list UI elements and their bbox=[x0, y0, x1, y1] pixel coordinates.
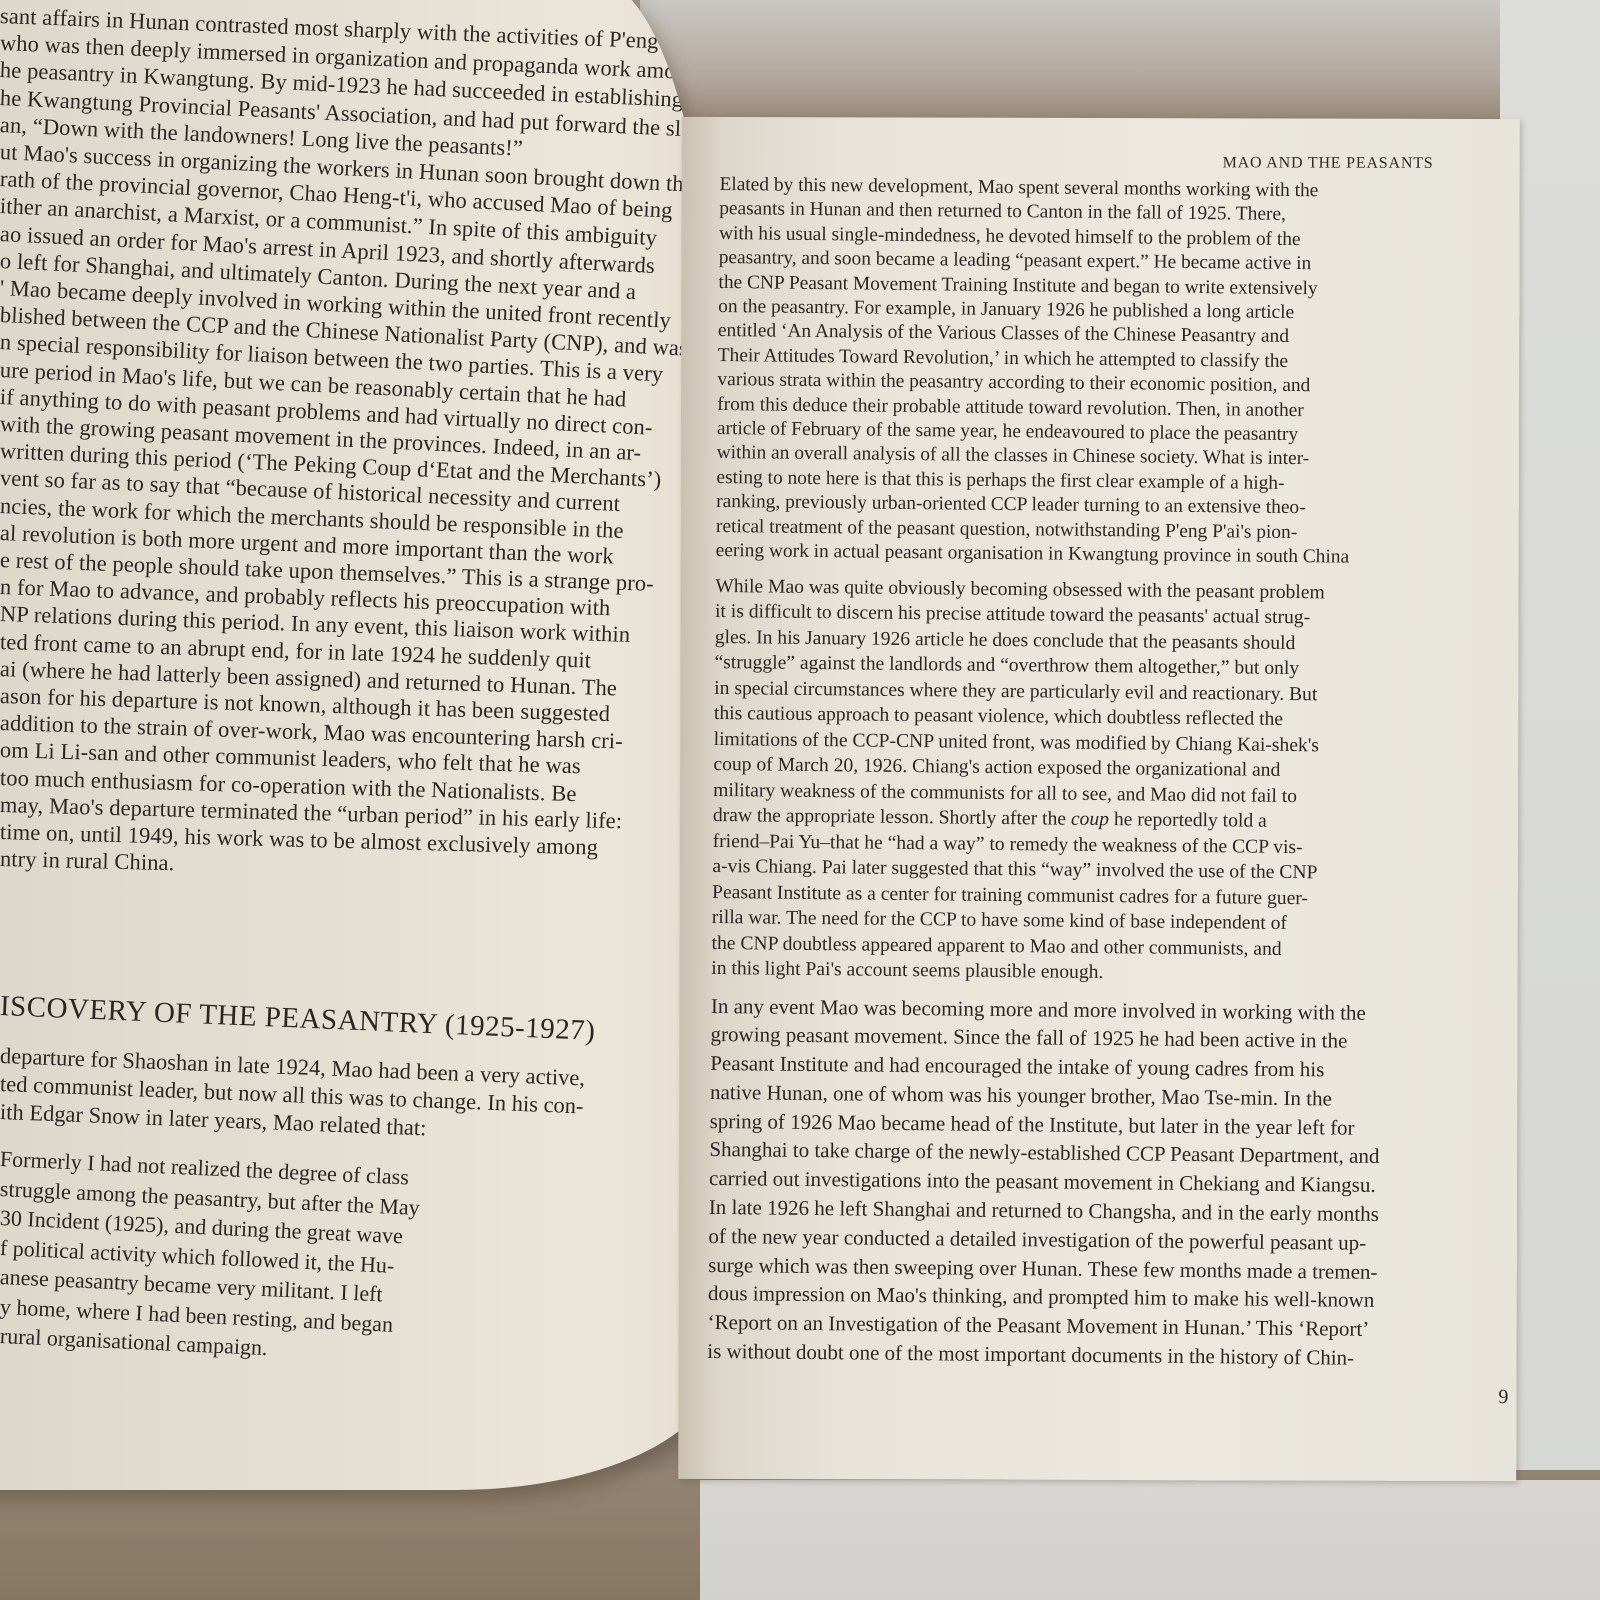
text-run: he reportedly told a bbox=[1109, 809, 1267, 832]
paragraph: In any event Mao was becoming more and m… bbox=[707, 991, 1491, 1374]
left-page-body: sant affairs in Hunan contrasted most sh… bbox=[0, 2, 715, 873]
paragraph: Elated by this new development, Mao spen… bbox=[716, 173, 1500, 572]
block-quote: Formerly I had not realized the degree o… bbox=[0, 1144, 520, 1351]
text-run: draw the appropriate lesson. Shortly aft… bbox=[713, 805, 1071, 830]
italic-word: coup bbox=[1071, 809, 1109, 830]
right-page: MAO AND THE PEASANTS Elated by this new … bbox=[678, 117, 1520, 1481]
page-number: 9 bbox=[1498, 1386, 1508, 1409]
section-heading: ISCOVERY OF THE PEASANTRY (1925-1927) bbox=[0, 990, 596, 1048]
running-head: MAO AND THE PEASANTS bbox=[1223, 154, 1434, 173]
paragraph: While Mao was quite obviously becoming o… bbox=[711, 573, 1495, 989]
left-page-body-continued: departure for Shaoshan in late 1924, Mao… bbox=[0, 1042, 715, 1126]
left-page: sant affairs in Hunan contrasted most sh… bbox=[0, 0, 715, 1490]
table-surface-bottom-right bbox=[700, 1480, 1600, 1600]
right-page-body: Elated by this new development, Mao spen… bbox=[707, 173, 1500, 1384]
